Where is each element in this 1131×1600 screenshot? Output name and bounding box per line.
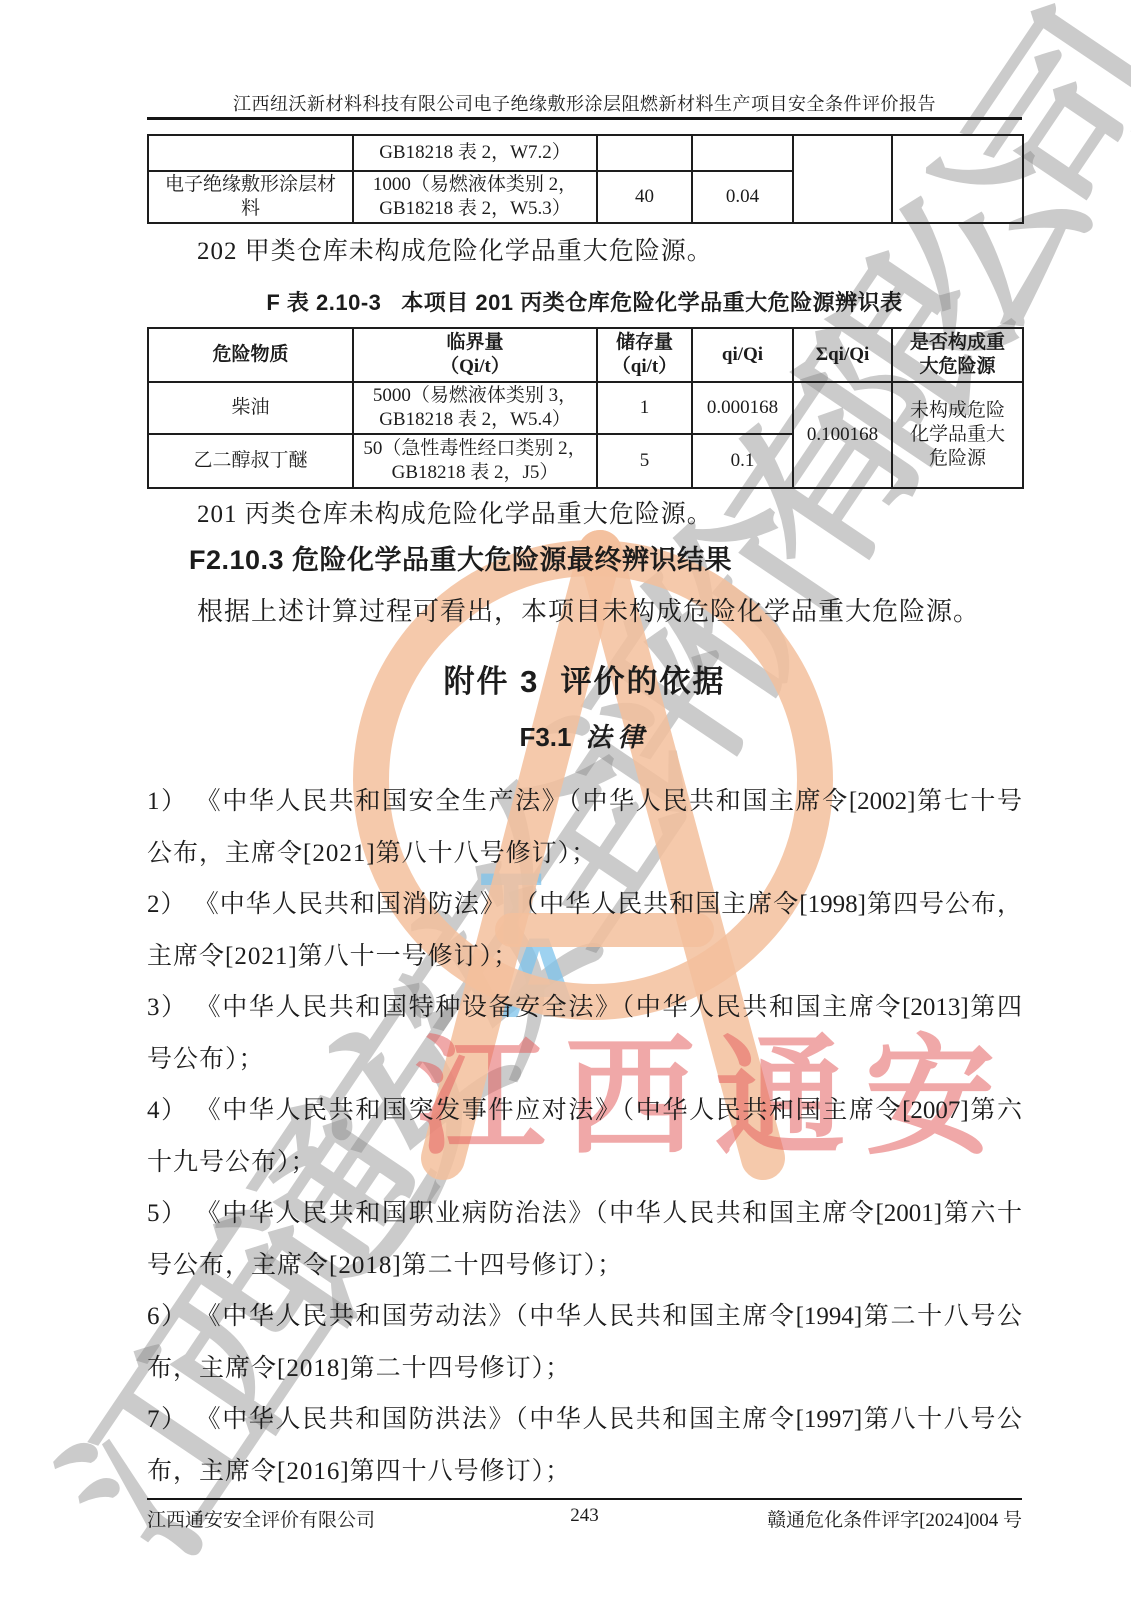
section-number: F3.1 (519, 722, 571, 752)
footer-doc-number: 赣通危化条件评字[2024]004 号 (767, 1505, 1022, 1532)
law-line: 3） 《中华人民共和国特种设备安全法》（中华人民共和国主席令[2013]第四 (147, 982, 1022, 1034)
table-row: 柴油 5000（易燃液体类别 3， GB18218 表 2，W5.4） 1 0.… (148, 382, 1023, 434)
table-cell (892, 135, 1023, 223)
footer-company: 江西通安安全评价有限公司 (147, 1505, 375, 1532)
table-cell (148, 135, 353, 171)
header-rule (147, 117, 1022, 120)
law-line: 号公布）； (147, 1034, 1022, 1086)
table-cell (692, 135, 793, 171)
footer-rule (147, 1498, 1022, 1500)
law-item-6: 6） 《中华人民共和国劳动法》（中华人民共和国主席令[1994]第二十八号公 布… (147, 1291, 1022, 1395)
law-line: 4） 《中华人民共和国突发事件应对法》（中华人民共和国主席令[2007]第六 (147, 1085, 1022, 1137)
cell-substance: 柴油 (148, 382, 353, 434)
law-line: 号公布，主席令[2018]第二十四号修订）； (147, 1240, 1022, 1292)
column-header-ratio: qi/Qi (692, 328, 793, 382)
page-header-title: 江西纽沃新材料科技有限公司电子绝缘敷形涂层阻燃新材料生产项目安全条件评价报告 (147, 90, 1022, 116)
cell-threshold: 5000（易燃液体类别 3， GB18218 表 2，W5.4） (353, 382, 597, 434)
section-f3-1-heading: F3.1法律 (147, 717, 1022, 754)
law-line: 1） 《中华人民共和国安全生产法》（中华人民共和国主席令[2002]第七十号 (147, 776, 1022, 828)
table-cell (597, 135, 692, 171)
cell-conclusion: 未构成危险 化学品重大 危险源 (892, 382, 1023, 488)
table-cell-threshold: 1000（易燃液体类别 2， GB18218 表 2，W5.3） (353, 171, 597, 223)
law-item-3: 3） 《中华人民共和国特种设备安全法》（中华人民共和国主席令[2013]第四 号… (147, 982, 1022, 1086)
law-item-4: 4） 《中华人民共和国突发事件应对法》（中华人民共和国主席令[2007]第六 十… (147, 1085, 1022, 1189)
table-cell-storage: 40 (597, 171, 692, 223)
law-line: 十九号公布）； (147, 1137, 1022, 1189)
cell-ratio: 0.1 (692, 434, 793, 488)
table-cell: GB18218 表 2，W7.2） (353, 135, 597, 171)
table-fragment-202-warehouse: GB18218 表 2，W7.2） 电子绝缘敷形涂层材 料 1000（易燃液体类… (147, 134, 1024, 224)
cell-sum-ratio: 0.100168 (793, 382, 892, 488)
heading-f2-10-3: F2.10.3 危险化学品重大危险源最终辨识结果 (189, 538, 732, 577)
law-line: 2） 《中华人民共和国消防法》 （中华人民共和国主席令[1998]第四号公布， (147, 879, 1022, 931)
law-line: 6） 《中华人民共和国劳动法》（中华人民共和国主席令[1994]第二十八号公 (147, 1291, 1022, 1343)
column-header-major-hazard: 是否构成重 大危险源 (892, 328, 1023, 382)
cell-ratio: 0.000168 (692, 382, 793, 434)
column-header-storage: 储存量 （qi/t） (597, 328, 692, 382)
table-2-10-3: 危险物质 临界量 （Qi/t） 储存量 （qi/t） qi/Qi Σqi/Qi … (147, 327, 1024, 489)
law-item-2: 2） 《中华人民共和国消防法》 （中华人民共和国主席令[1998]第四号公布， … (147, 879, 1022, 983)
paragraph-201-conclusion: 201 丙类仓库未构成危险化学品重大危险源。 (197, 494, 713, 530)
cell-storage: 1 (597, 382, 692, 434)
law-line: 公布，主席令[2021]第八十八号修订）； (147, 828, 1022, 880)
section-title: 法律 (586, 723, 650, 752)
law-line: 布，主席令[2016]第四十八号修订）； (147, 1446, 1022, 1498)
table-cell-substance: 电子绝缘敷形涂层材 料 (148, 171, 353, 223)
paragraph-final-conclusion: 根据上述计算过程可看出，本项目未构成危险化学品重大危险源。 (197, 591, 980, 628)
law-line: 布，主席令[2018]第二十四号修订）； (147, 1343, 1022, 1395)
law-item-5: 5） 《中华人民共和国职业病防治法》（中华人民共和国主席令[2001]第六十 号… (147, 1188, 1022, 1292)
law-item-1: 1） 《中华人民共和国安全生产法》（中华人民共和国主席令[2002]第七十号 公… (147, 776, 1022, 880)
law-line: 主席令[2021]第八十一号修订）； (147, 931, 1022, 983)
cell-storage: 5 (597, 434, 692, 488)
column-header-threshold: 临界量 （Qi/t） (353, 328, 597, 382)
cell-threshold: 50（急性毒性经口类别 2， GB18218 表 2，J5） (353, 434, 597, 488)
page-content: 江西纽沃新材料科技有限公司电子绝缘敷形涂层阻燃新材料生产项目安全条件评价报告 G… (147, 0, 1022, 1600)
paragraph-202-conclusion: 202 甲类仓库未构成危险化学品重大危险源。 (197, 231, 713, 267)
table-cell-ratio: 0.04 (692, 171, 793, 223)
law-line: 5） 《中华人民共和国职业病防治法》（中华人民共和国主席令[2001]第六十 (147, 1188, 1022, 1240)
attachment-3-heading: 附件 3 评价的依据 (147, 656, 1022, 701)
cell-substance: 乙二醇叔丁醚 (148, 434, 353, 488)
column-header-sum-ratio: Σqi/Qi (793, 328, 892, 382)
table-cell (793, 135, 892, 223)
law-line: 7） 《中华人民共和国防洪法》（中华人民共和国主席令[1997]第八十八号公 (147, 1394, 1022, 1446)
law-item-7: 7） 《中华人民共和国防洪法》（中华人民共和国主席令[1997]第八十八号公 布… (147, 1394, 1022, 1498)
document-page: 江西通安安全评价有限公司 T A 江西通安 江西纽沃新材料科技有限公司电子绝缘敷… (0, 0, 1131, 1600)
column-header-substance: 危险物质 (148, 328, 353, 382)
table-2-10-3-title: F 表 2.10-3 本项目 201 丙类仓库危险化学品重大危险源辨识表 (147, 286, 1022, 317)
